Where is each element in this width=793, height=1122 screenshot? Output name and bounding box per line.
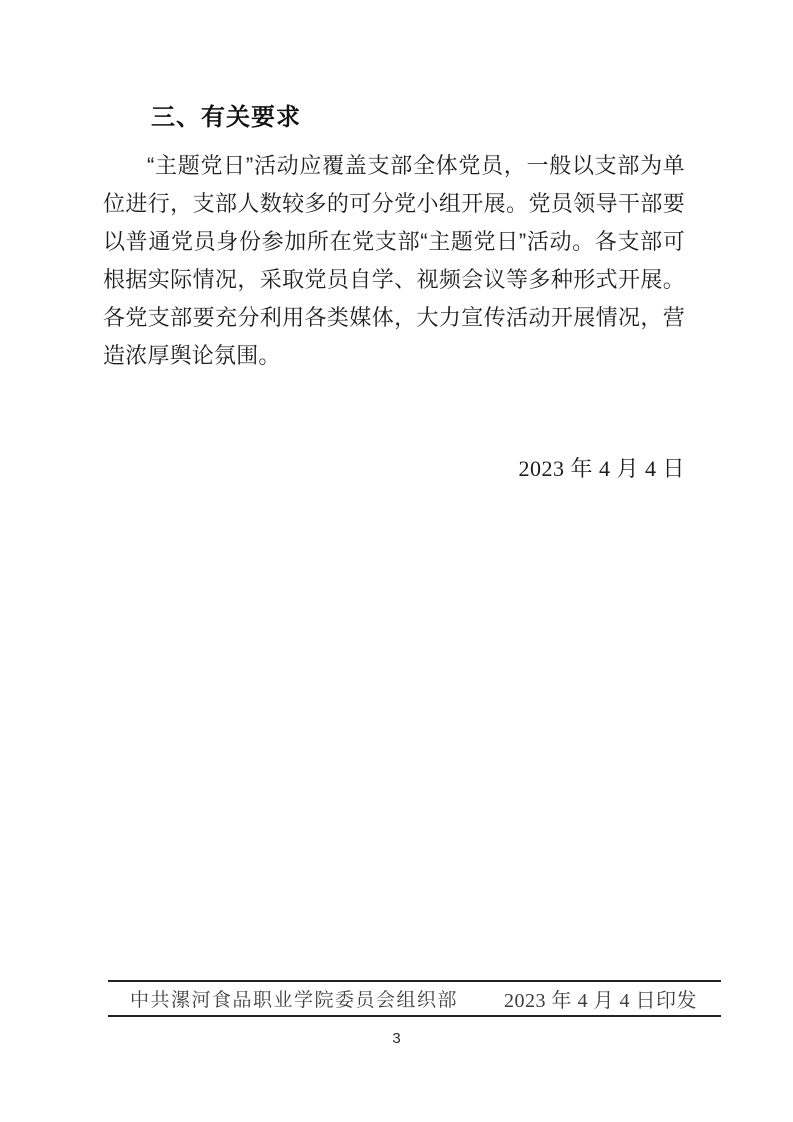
page-number: 3 [0, 1030, 793, 1048]
document-page: 三、有关要求 “主题党日”活动应覆盖支部全体党员，一般以支部为单位进行，支部人数… [0, 0, 793, 1122]
footer-issuer: 中共漯河食品职业学院委员会组织部 [130, 985, 458, 1012]
section-heading: 三、有关要求 [103, 102, 685, 134]
document-date: 2023 年 4 月 4 日 [103, 457, 685, 481]
footer-imprint: 中共漯河食品职业学院委员会组织部 2023 年 4 月 4 日印发 [108, 980, 721, 1017]
footer-print-date: 2023 年 4 月 4 日印发 [504, 984, 697, 1013]
page-content: 三、有关要求 “主题党日”活动应覆盖支部全体党员，一般以支部为单位进行，支部人数… [0, 0, 793, 481]
body-paragraph: “主题党日”活动应覆盖支部全体党员，一般以支部为单位进行，支部人数较多的可分党小… [103, 147, 685, 375]
